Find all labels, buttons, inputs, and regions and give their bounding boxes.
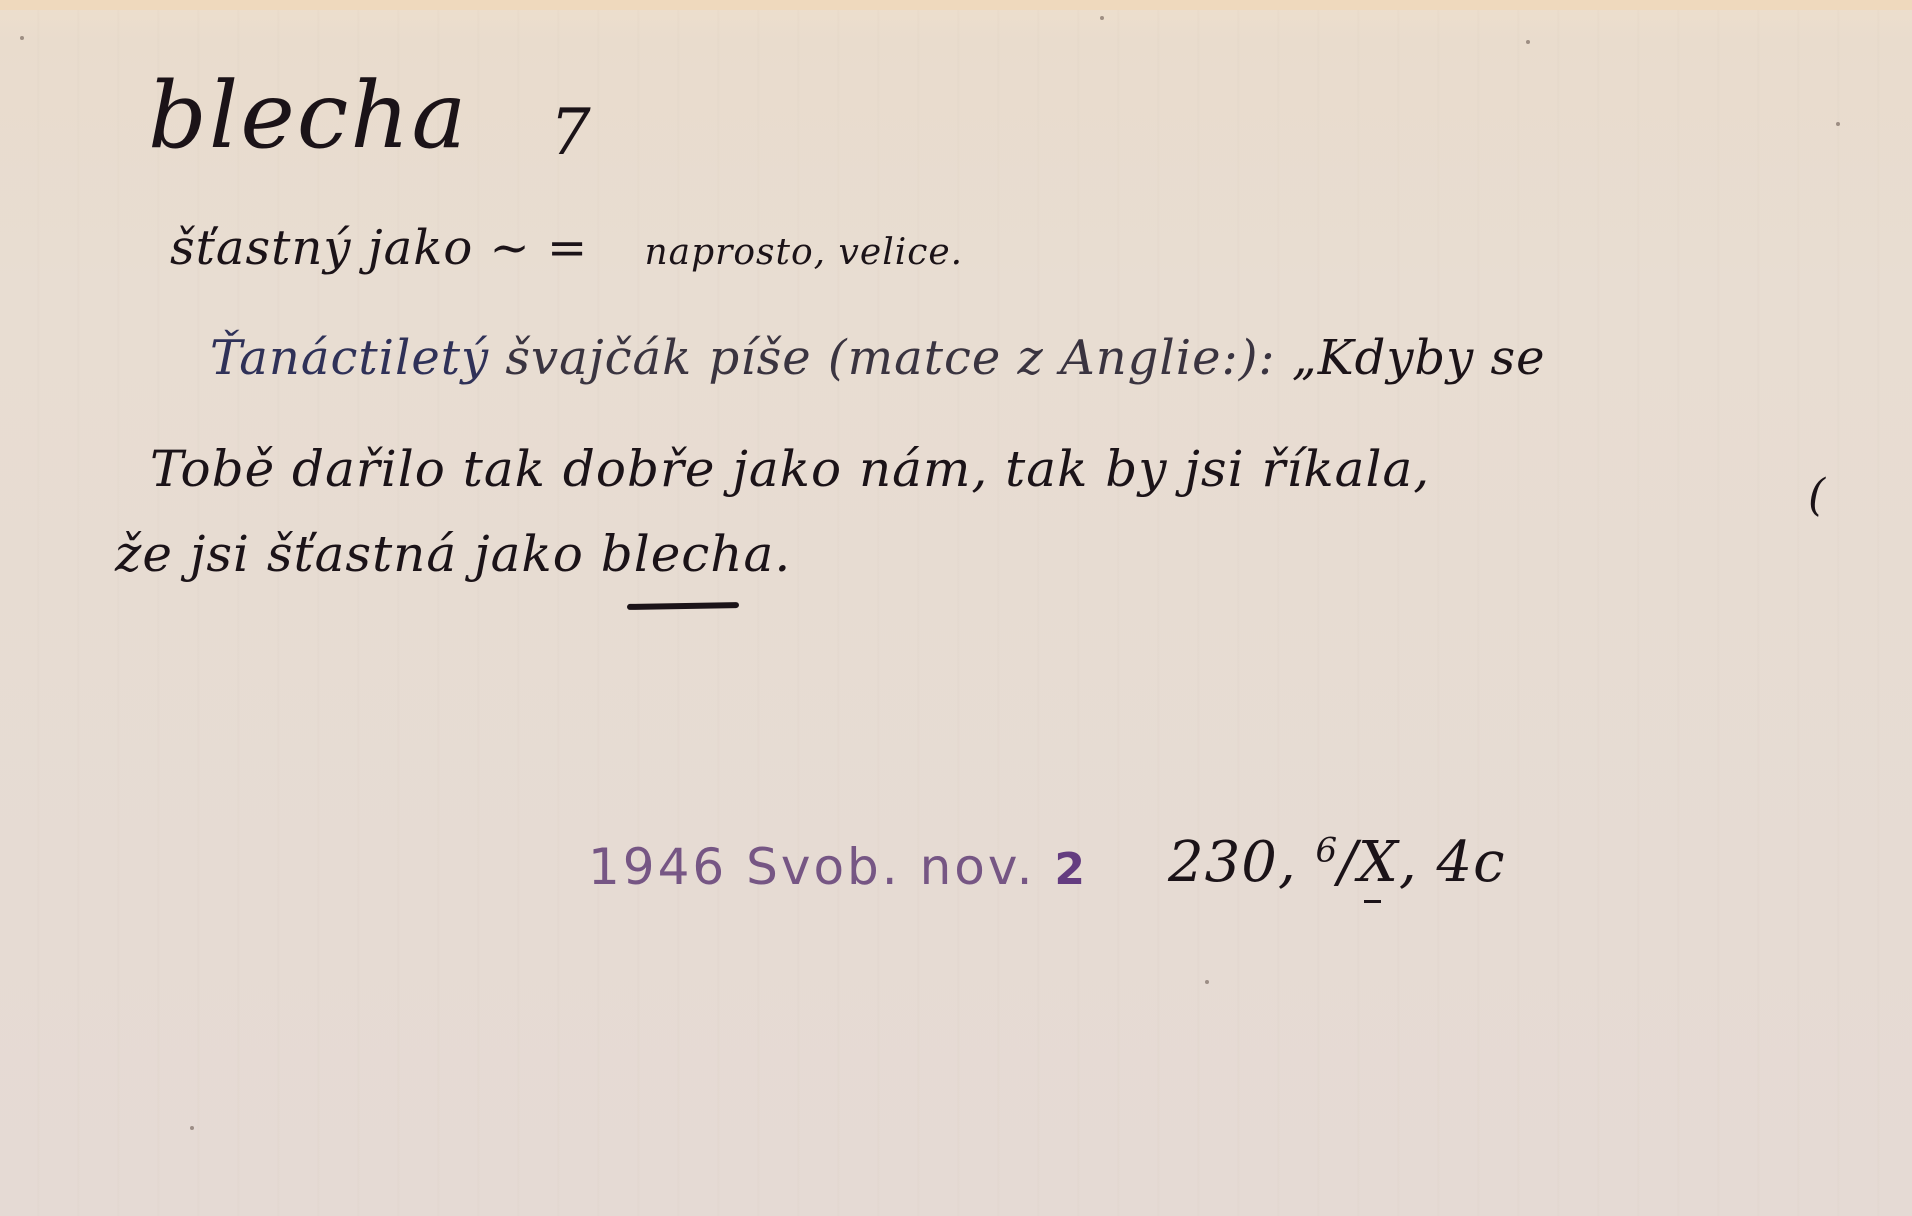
underlined-headword-text: blecha (601, 525, 775, 583)
quotation-end-period: . (774, 525, 791, 583)
paper-speck (1205, 980, 1209, 984)
idiom-entry: šťastný jako ~ = naprosto, velice. (170, 220, 963, 276)
paper-speck (20, 36, 24, 40)
idiom-gloss: naprosto, velice. (644, 232, 963, 273)
page-reference: 230, 6/X, 4c (1168, 830, 1505, 895)
quotation-open: „Kdyby se (1292, 330, 1546, 386)
paper-speck (1100, 16, 1104, 20)
equals-sign: = (547, 220, 588, 276)
page-ref-page: 230, (1168, 830, 1297, 895)
quotation-line-1: Ťanáctiletý švajčák píše (matce z Anglie… (210, 330, 1546, 386)
stamp-day: 2 (1054, 844, 1088, 895)
quotation-line-3-prefix: že jsi šťastná jako (115, 525, 584, 583)
paper-speck (1526, 40, 1530, 44)
underlined-headword: blecha (601, 525, 775, 583)
source-stamp: 1946 Svob. nov. 2 (588, 838, 1088, 896)
page-ref-month: X (1358, 830, 1399, 895)
idiom-phrase: šťastný jako ~ (170, 220, 531, 276)
stray-pen-mark: ( (1808, 470, 1826, 521)
underline-stroke (627, 602, 739, 610)
page-ref-day: 6 (1316, 830, 1339, 870)
headword: blecha (148, 62, 468, 169)
paper-speck (190, 1126, 194, 1130)
quotation-intro: švajčák píše (matce z Anglie:): (505, 330, 1275, 386)
quotation-line-2: Tobě dařilo tak dobře jako nám, tak by j… (150, 440, 1430, 498)
stamp-text: 1946 Svob. nov. (588, 838, 1035, 896)
quotation-line-3: že jsi šťastná jako blecha. (115, 525, 791, 583)
card-top-edge (0, 0, 1912, 10)
card-number: 7 (550, 96, 592, 170)
page-ref-month-text: X (1358, 830, 1399, 895)
quotation-lead-word: Ťanáctiletý (210, 330, 489, 386)
paper-speck (1836, 122, 1840, 126)
index-card: blecha 7 šťastný jako ~ = naprosto, veli… (0, 0, 1912, 1216)
page-ref-column: , 4c (1399, 830, 1506, 895)
month-underline (1364, 900, 1381, 903)
